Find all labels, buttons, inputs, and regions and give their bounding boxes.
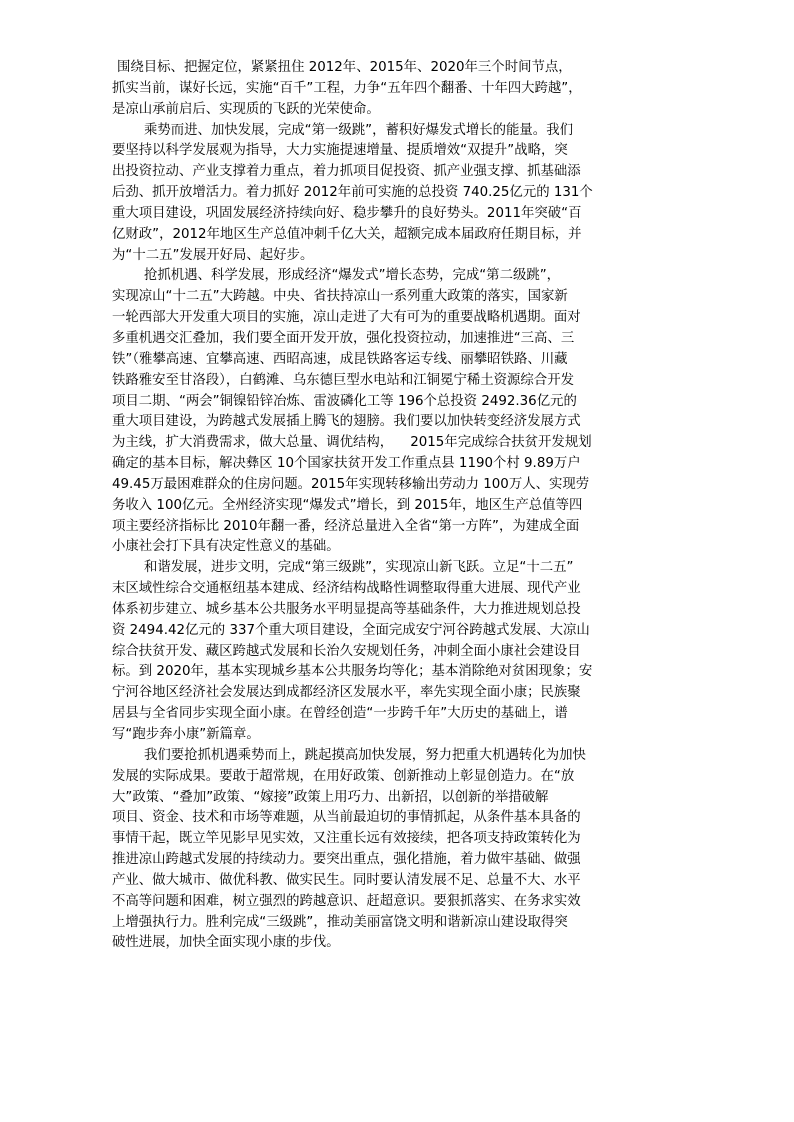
text-line: 抓实当前，谋好长远，实施“百千”工程，力争“五年四个翻番、十年四大跨越”，	[112, 79, 582, 100]
paragraph-seize-opportunities: 我们要抢抓机遇乘势而上，跳起摸高加快发展，努力把重大机遇转化为加快 发展的实际成…	[112, 746, 582, 954]
text-line: 为“十二五”发展开好局、起好步。	[112, 246, 582, 267]
text-line: 后劲、抓开放增活力。着力抓好 2012年前可实施的总投资 740.25亿元的 1…	[112, 183, 582, 204]
text-line: 综合扶贫开发、藏区跨越式发展和长治久安规划任务，冲刺全面小康社会建设目	[112, 642, 582, 663]
document-page: 围绕目标、把握定位，紧紧扭住 2012年、2015年、2020年三个时间节点， …	[0, 0, 794, 1122]
text-line: 项主要经济指标比 2010年翻一番，经济总量进入全省“第一方阵”，为建成全面	[112, 517, 582, 538]
text-line: 小康社会打下具有决定性意义的基础。	[112, 537, 582, 558]
text-line: 铁”（雅攀高速、宜攀高速、西昭高速，成昆铁路客运专线、丽攀昭铁路、川藏	[112, 350, 582, 371]
paragraph-second-leap: 抢抓机遇、科学发展，形成经济“爆发式”增长态势，完成“第二级跳”， 实现凉山“十…	[112, 266, 582, 558]
text-line: 项目二期、“两会”铜镍铅锌冶炼、雷波磷化工等 196个总投资 2492.36亿元…	[112, 392, 582, 413]
text-line: 重大项目建设，巩固发展经济持续向好、稳步攀升的良好势头。2011年突破“百	[112, 204, 582, 225]
text-line: 推进凉山跨越式发展的持续动力。要突出重点，强化措施，着力做牢基础、做强	[112, 850, 582, 871]
text-line: 亿财政”，2012年地区生产总值冲刺千亿大关，超额完成本届政府任期目标，并	[112, 225, 582, 246]
text-line: 大”政策、“叠加”政策、“嫁接”政策上用巧力、出新招，以创新的举措破解	[112, 788, 582, 809]
text-line: 多重机遇交汇叠加，我们要全面开发开放，强化投资拉动，加速推进“三高、三	[112, 329, 582, 350]
text-line: 确定的基本目标，解决彝区 10个国家扶贫开发工作重点县 1190个村 9.89万…	[112, 454, 582, 475]
text-line: 是凉山承前启后、实现质的飞跃的光荣使命。	[112, 100, 582, 121]
text-line: 49.45万最困难群众的住房问题。2015年实现转移输出劳动力 100万人、实现…	[112, 475, 582, 496]
text-line: 铁路雅安至甘洛段），白鹤滩、乌东德巨型水电站和江铜冕宁稀土资源综合开发	[112, 371, 582, 392]
text-line: 发展的实际成果。要敢于超常规，在用好政策、创新推动上彰显创造力。在“放	[112, 767, 582, 788]
text-line: 居县与全省同步实现全面小康。在曾经创造“一步跨千年”大历史的基础上，谱	[112, 704, 582, 725]
text-line: 体系初步建立、城乡基本公共服务水平明显提高等基础条件，大力推进规划总投	[112, 600, 582, 621]
paragraph-intro-goals: 围绕目标、把握定位，紧紧扭住 2012年、2015年、2020年三个时间节点， …	[112, 58, 582, 121]
text-line: 乘势而进、加快发展，完成“第一级跳”，蓄积好爆发式增长的能量。我们	[112, 121, 582, 142]
text-line: 不高等问题和困难，树立强烈的跨越意识、赶超意识。要狠抓落实、在务求实效	[112, 892, 582, 913]
text-line: 出投资拉动、产业支撑着力重点，着力抓项目促投资、抓产业强支撑、抓基础添	[112, 162, 582, 183]
text-line: 破性进展，加快全面实现小康的步伐。	[112, 933, 582, 954]
text-line: 写“跑步奔小康”新篇章。	[112, 725, 582, 746]
text-line: 为主线，扩大消费需求，做大总量、调优结构， 2015年完成综合扶贫开发规划	[112, 433, 582, 454]
document-body: 围绕目标、把握定位，紧紧扭住 2012年、2015年、2020年三个时间节点， …	[112, 58, 582, 954]
text-line: 要坚持以科学发展观为指导，大力实施提速增量、提质增效“双提升”战略，突	[112, 141, 582, 162]
text-line: 事情干起，既立竿见影早见实效，又注重长远有效接续，把各项支持政策转化为	[112, 829, 582, 850]
text-line: 实现凉山“十二五”大跨越。中央、省扶持凉山一系列重大政策的落实，国家新	[112, 287, 582, 308]
text-line: 一轮西部大开发重大项目的实施，凉山走进了大有可为的重要战略机遇期。面对	[112, 308, 582, 329]
paragraph-third-leap: 和谐发展，进步文明，完成“第三级跳”，实现凉山新飞跃。立足“十二五” 末区域性综…	[112, 558, 582, 746]
text-line: 上增强执行力。胜利完成“三级跳”，推动美丽富饶文明和谐新凉山建设取得突	[112, 913, 582, 934]
text-line: 围绕目标、把握定位，紧紧扭住 2012年、2015年、2020年三个时间节点，	[112, 58, 582, 79]
text-line: 宁河谷地区经济社会发展达到成都经济区发展水平，率先实现全面小康；民族聚	[112, 683, 582, 704]
text-line: 和谐发展，进步文明，完成“第三级跳”，实现凉山新飞跃。立足“十二五”	[112, 558, 582, 579]
text-line: 末区域性综合交通枢纽基本建成、经济结构战略性调整取得重大进展、现代产业	[112, 579, 582, 600]
text-line: 我们要抢抓机遇乘势而上，跳起摸高加快发展，努力把重大机遇转化为加快	[112, 746, 582, 767]
text-line: 标。到 2020年，基本实现城乡基本公共服务均等化；基本消除绝对贫困现象；安	[112, 662, 582, 683]
text-line: 重大项目建设，为跨越式发展插上腾飞的翅膀。我们要以加快转变经济发展方式	[112, 412, 582, 433]
text-line: 产业、做大城市、做优科教、做实民生。同时要认清发展不足、总量不大、水平	[112, 871, 582, 892]
text-line: 务收入 100亿元。全州经济实现“爆发式”增长，到 2015年，地区生产总值等四	[112, 496, 582, 517]
paragraph-first-leap: 乘势而进、加快发展，完成“第一级跳”，蓄积好爆发式增长的能量。我们 要坚持以科学…	[112, 121, 582, 267]
text-line: 资 2494.42亿元的 337个重大项目建设，全面完成安宁河谷跨越式发展、大凉…	[112, 621, 582, 642]
text-line: 项目、资金、技术和市场等难题，从当前最迫切的事情抓起，从条件基本具备的	[112, 808, 582, 829]
text-line: 抢抓机遇、科学发展，形成经济“爆发式”增长态势，完成“第二级跳”，	[112, 266, 582, 287]
